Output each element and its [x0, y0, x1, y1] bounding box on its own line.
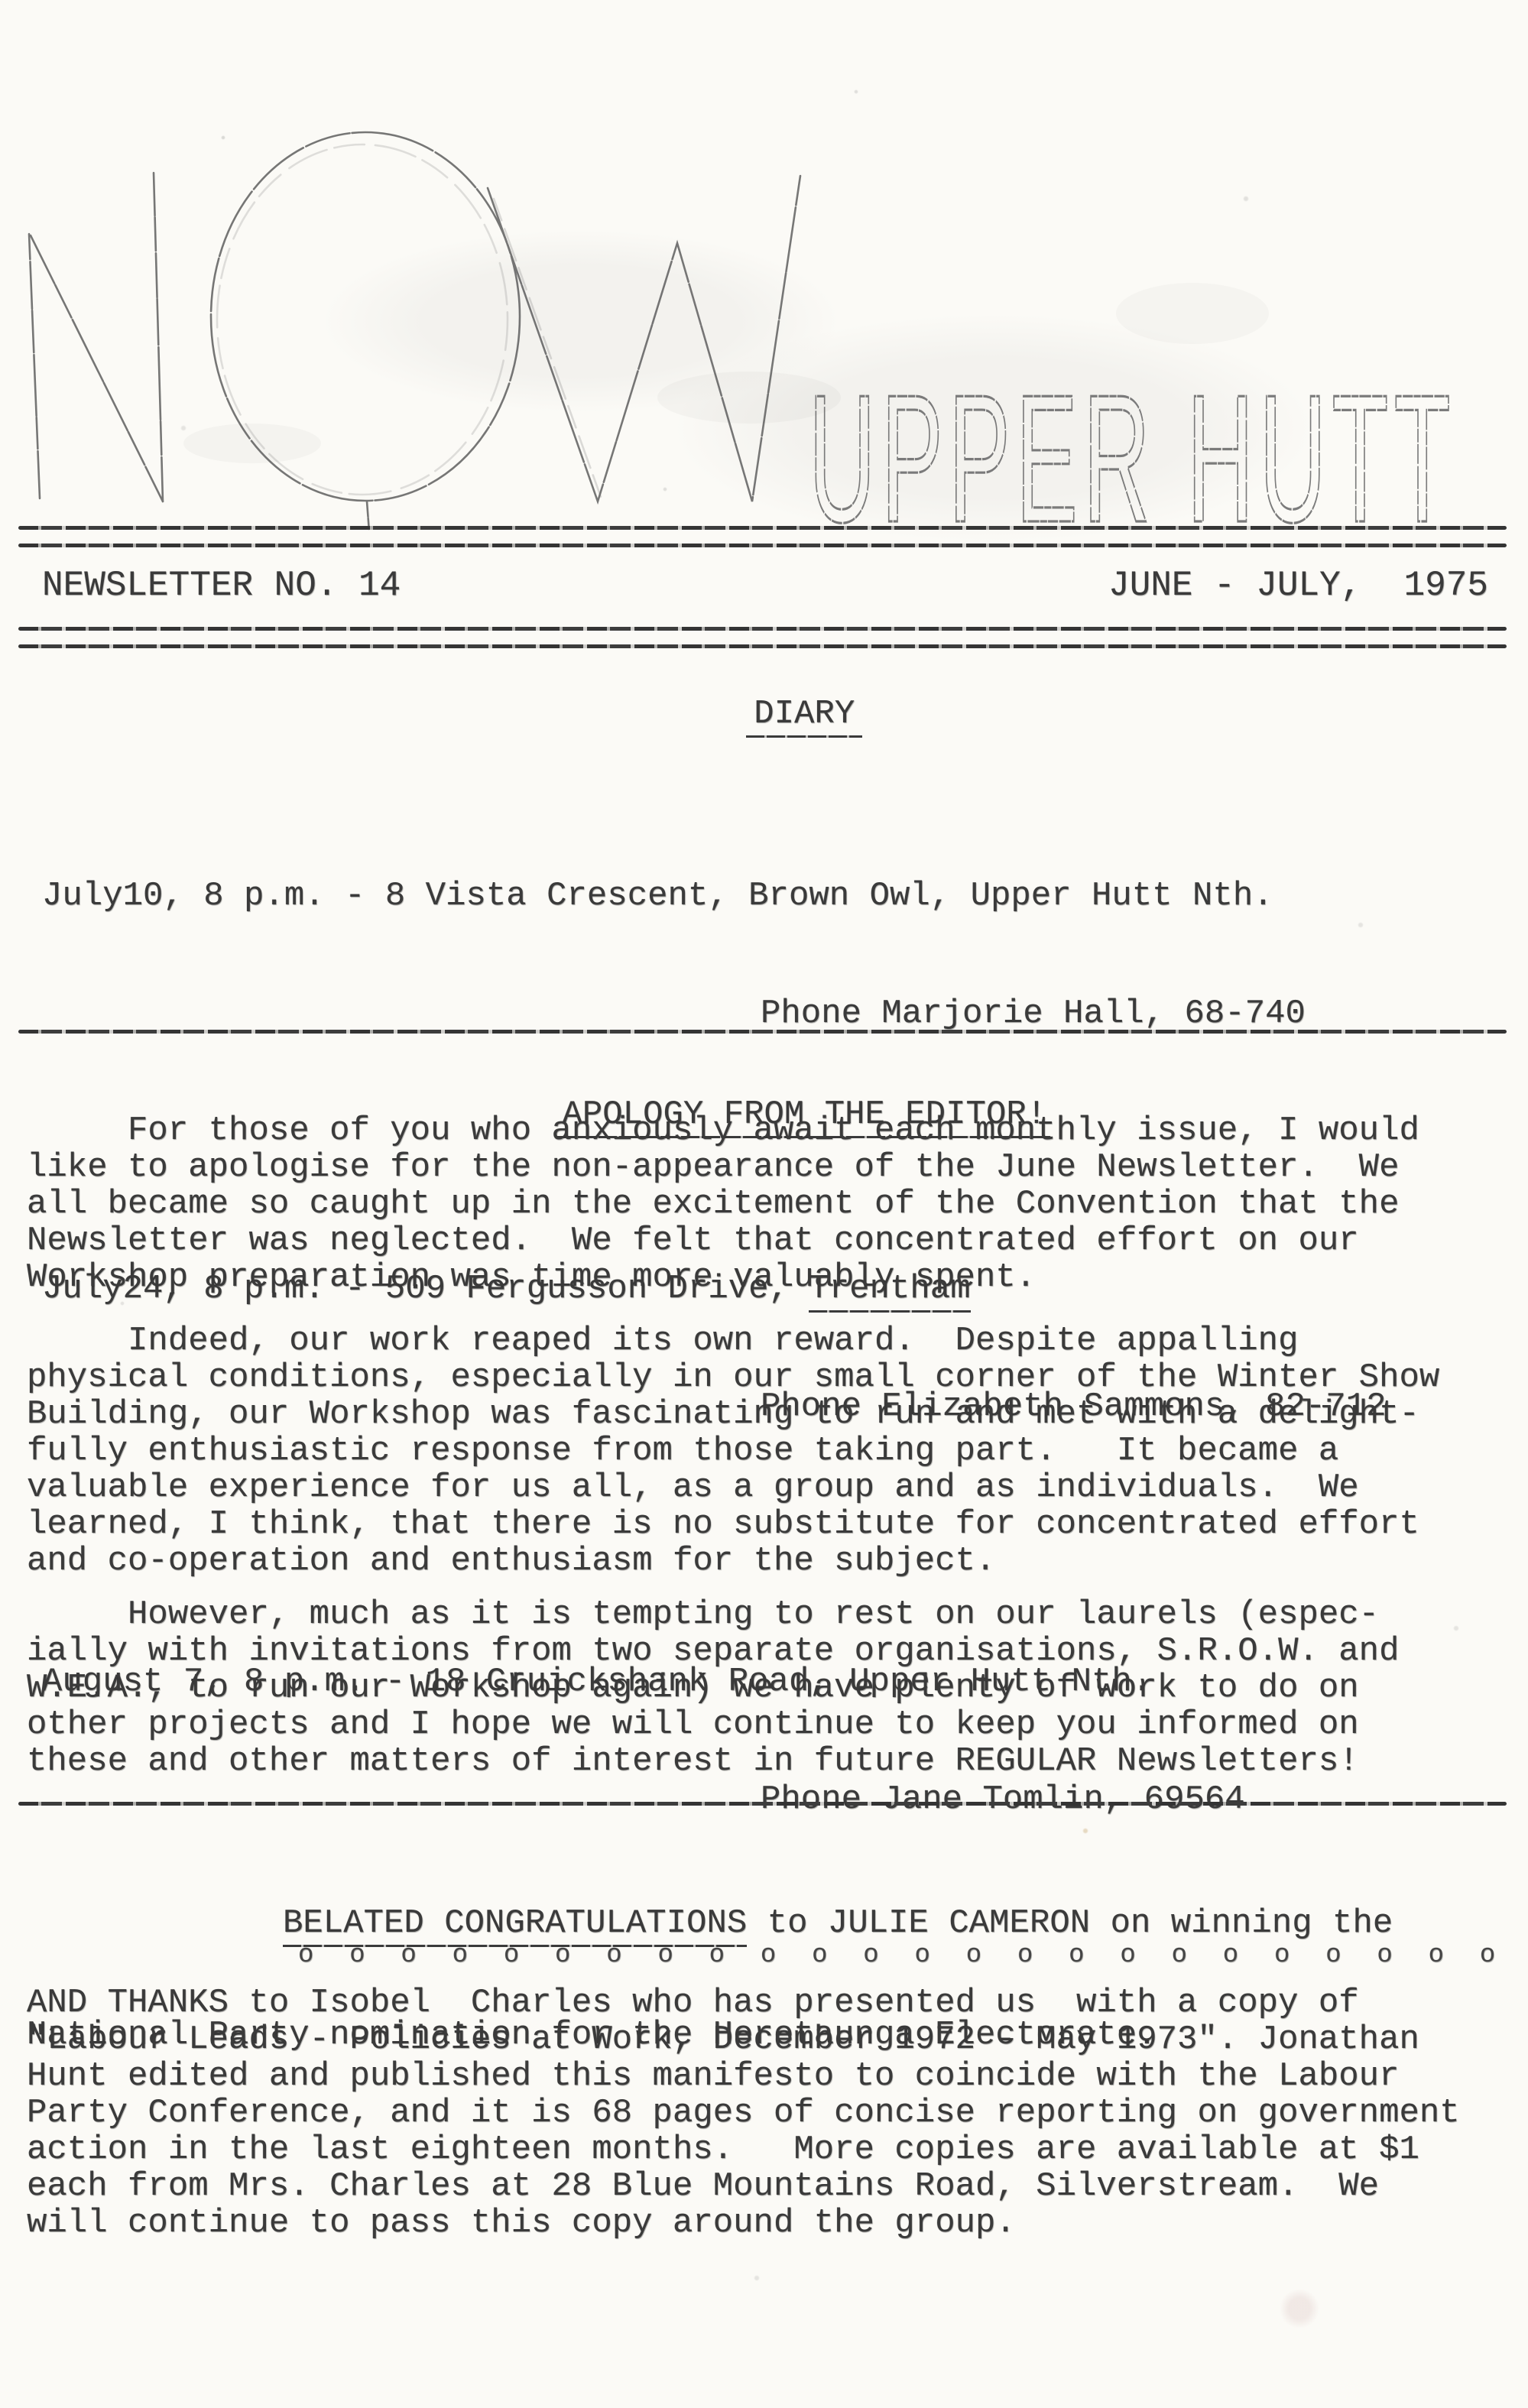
- logo-letter-w: [488, 176, 800, 501]
- logo-letter-o: [211, 132, 520, 531]
- issue-header-row: NEWSLETTER NO. 14 JUNE - JULY, 1975: [42, 566, 1488, 605]
- newsletter-number: NEWSLETTER NO. 14: [42, 566, 401, 605]
- congratulations-line1: BELATED CONGRATULATIONS to JULIE CAMERON…: [283, 1905, 1494, 1942]
- diary-entry-phone: Phone Marjorie Hall, 68-740: [761, 995, 1387, 1032]
- double-rule-issue-line1: [18, 627, 1507, 631]
- scan-noise: [183, 424, 321, 463]
- now-logo: UPPER HUTT: [0, 38, 1528, 531]
- double-rule-top-line2: [18, 544, 1507, 547]
- single-rule-congrats-top: [18, 1802, 1507, 1806]
- apology-paragraph-1: For those of you who anxiously await eac…: [27, 1112, 1494, 1296]
- apology-paragraph-2: Indeed, our work reaped its own reward. …: [27, 1322, 1494, 1579]
- scan-noise: [1116, 283, 1269, 344]
- thanks-paragraph: AND THANKS to Isobel Charles who has pre…: [27, 1984, 1494, 2241]
- issue-date: JUNE - JULY, 1975: [1108, 566, 1488, 605]
- diary-entry-phone: Phone Jane Tomlin, 69564: [761, 1781, 1387, 1818]
- double-rule-top-line1: [18, 526, 1507, 530]
- diary-entry-line: July10, 8 p.m. - 8 Vista Crescent, Brown…: [42, 878, 1387, 914]
- logo-upper-hutt-text: UPPER HUTT: [809, 358, 1456, 531]
- logo-upper-hutt: UPPER HUTT: [809, 358, 1456, 531]
- newsletter-page: UPPER HUTT NEWSLETTER NO. 14 JUNE - JULY…: [0, 0, 1528, 2408]
- apology-paragraph-3: However, much as it is tempting to rest …: [27, 1596, 1494, 1780]
- double-rule-issue-line2: [18, 644, 1507, 648]
- logo-letter-n: [29, 173, 163, 501]
- single-rule-diary-bottom: [18, 1030, 1507, 1034]
- scan-noise: [657, 372, 841, 424]
- dotted-separator: o o o o o o o o o o o o o o o o o o o o …: [298, 1940, 1528, 1971]
